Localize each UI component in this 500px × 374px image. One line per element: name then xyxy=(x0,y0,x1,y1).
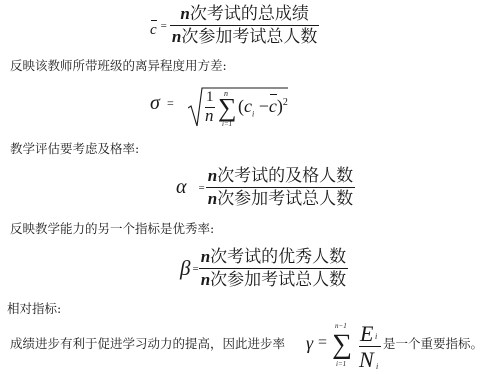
heading-relative-indicators: 相对指标: xyxy=(7,301,61,317)
denominator-text: 次参加考试总人数 xyxy=(217,189,353,209)
formula-progress-rate-denominator: N xyxy=(359,347,374,373)
summation-icon: ∑ xyxy=(218,97,237,119)
exponent: 2 xyxy=(283,97,288,108)
n-variable: n xyxy=(201,247,210,266)
n-variable: n xyxy=(172,27,181,46)
formula-mean-fraction: n次考试的总成绩 n次参加考试总人数 xyxy=(170,4,319,47)
paragraph-progress-after: 是一个重要指标。 xyxy=(383,336,483,352)
summation-icon: ∑ xyxy=(332,334,352,356)
c-variable: c xyxy=(244,96,252,116)
formula-pass-rate-equals: = xyxy=(199,182,205,194)
formula-mean-lhs: c xyxy=(150,22,157,39)
numerator-text: 次考试的优秀人数 xyxy=(210,247,346,267)
formula-pass-rate-lhs: α xyxy=(176,176,187,199)
formula-variance: σ = 1 n n ∑ i=1 (ci −c)2 xyxy=(150,86,310,130)
n-variable: n xyxy=(208,189,217,208)
paragraph-progress-before: 成绩进步有利于促进学习动力的提高，因此进步率 xyxy=(10,336,285,352)
formula-variance-expression: (ci −c)2 xyxy=(238,96,288,119)
paragraph-variance-intro: 反映该教师所带班级的离异程度用方差: xyxy=(10,58,227,74)
formula-pass-rate-numerator: n次考试的及格人数 xyxy=(206,166,355,186)
formula-excellence-rate-lhs: β xyxy=(180,256,190,281)
formula-mean-equals: = xyxy=(161,20,167,32)
formula-mean-numerator: n次考试的总成绩 xyxy=(178,4,310,24)
formula-progress-rate-den-sub: i xyxy=(376,362,378,371)
formula-excellence-rate-numerator: n次考试的优秀人数 xyxy=(199,247,348,267)
formula-progress-rate-sum-lower: i=1 xyxy=(336,360,346,368)
numerator-text: 次考试的总成绩 xyxy=(190,4,309,24)
formula-pass-rate-fraction: n次考试的及格人数 n次参加考试总人数 xyxy=(206,166,355,209)
n-variable: n xyxy=(208,166,217,185)
paragraph-excellence-intro: 反映教学能力的另一个指标是优秀率: xyxy=(10,221,214,237)
minus-sign: − xyxy=(259,96,269,116)
paragraph-pass-intro: 教学评估要考虑及格率: xyxy=(10,141,139,157)
formula-variance-one: 1 xyxy=(206,89,214,106)
formula-progress-rate-equals: = xyxy=(318,334,327,352)
formula-excellence-rate: β = n次考试的优秀人数 n次参加考试总人数 xyxy=(180,247,348,290)
denominator-text: 次参加考试总人数 xyxy=(210,270,346,290)
formula-excellence-rate-fraction: n次考试的优秀人数 n次参加考试总人数 xyxy=(199,247,348,290)
formula-mean-denominator: n次参加考试总人数 xyxy=(170,27,319,47)
formula-progress-rate-lhs: γ xyxy=(306,333,313,354)
subscript-i: i xyxy=(252,110,254,119)
c-bar-variable: c xyxy=(269,96,277,117)
numerator-text: 次考试的及格人数 xyxy=(217,166,353,186)
n-variable: n xyxy=(201,270,210,289)
formula-pass-rate-denominator: n次参加考试总人数 xyxy=(206,189,355,209)
formula-pass-rate: α = n次考试的及格人数 n次参加考试总人数 xyxy=(176,166,355,209)
fraction-bar xyxy=(170,25,319,26)
denominator-text: 次参加考试总人数 xyxy=(181,27,317,47)
fraction-bar xyxy=(199,268,348,269)
formula-mean: c = n次考试的总成绩 n次参加考试总人数 xyxy=(150,4,319,47)
formula-variance-sum-lower: i=1 xyxy=(222,120,232,128)
fraction-bar xyxy=(206,187,355,188)
formula-progress-rate-num-sub: i xyxy=(375,332,377,341)
formula-variance-equals: = xyxy=(167,96,174,111)
formula-variance-n: n xyxy=(205,106,214,126)
n-variable: n xyxy=(180,4,189,23)
formula-progress-rate-numerator: E xyxy=(360,321,373,347)
formula-excellence-rate-denominator: n次参加考试总人数 xyxy=(199,270,348,290)
formula-variance-lhs: σ xyxy=(150,92,160,115)
